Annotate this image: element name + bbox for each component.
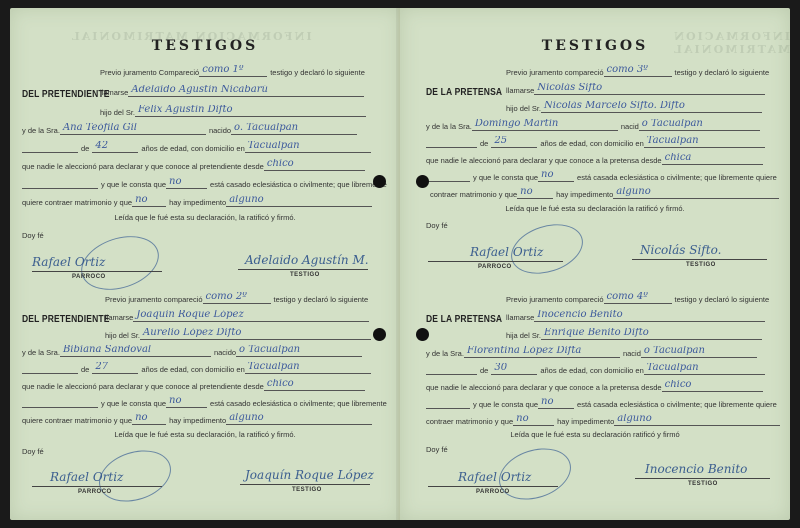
domicilio-field: Tacualpan [644, 136, 765, 148]
consta-text: y que le consta que [101, 180, 166, 189]
blank-field [22, 141, 78, 153]
hijo-line: hijo del Sr. Nicolás Marcelo Sifto. Dift… [506, 101, 762, 113]
edad-field: 27 [92, 362, 138, 374]
hijo-label: hijo del Sr. [105, 331, 140, 340]
testigo-signature: Joaquín Roque López [245, 468, 374, 482]
binder-hole [416, 328, 429, 341]
sra-line: y de la Sra. Florentina López Difta naci… [426, 346, 757, 358]
hijo-field: Aurelio López Difto [140, 328, 371, 340]
impedimento-text: hay impedimento [169, 198, 226, 207]
llamarse-field: Nicolás Sifto [534, 83, 765, 95]
previo-line: Previo juramento compareció como 4º test… [506, 292, 769, 304]
consta-text: y que le consta que [473, 173, 538, 182]
nadie-text: que nadie le aleccionó para declarar y q… [22, 382, 264, 391]
binder-hole [416, 175, 429, 188]
hijo-label: hija del Sr. [506, 331, 541, 340]
consta-line: y que le consta que no está casada ecles… [426, 397, 777, 409]
doy-fe: Doy fé [426, 445, 448, 454]
parroco-signature-line [428, 261, 563, 262]
sra-label: y de la Sra. [22, 348, 60, 357]
side-label: DE LA PRETENSA [426, 314, 502, 325]
previo-text: Previo juramento compareció [506, 68, 604, 77]
doy-fe: Doy fé [426, 221, 448, 230]
blank-field [426, 170, 470, 182]
llamarse-field: Adelaido Agustín Nicabarú [128, 85, 364, 97]
testigo-text: testigo y declaró lo siguiente [270, 68, 365, 77]
hay-field: no [513, 414, 554, 426]
sra-line: y de la Sra. Bibiana Sandoval nacido o T… [22, 345, 362, 357]
hijo-label: hijo del Sr. [100, 108, 135, 117]
right-page: INFORMACION MATRIMONIAL TESTIGOS DE LA P… [400, 8, 790, 520]
nacido-label: nacido [209, 126, 231, 135]
nadie-line: que nadie le aleccionó para declarar y q… [22, 159, 365, 171]
page-title: TESTIGOS [10, 38, 400, 54]
hijo-field: Felix Agustín Difto [135, 105, 366, 117]
blank-field [22, 177, 98, 189]
side-label: DEL PRETENDIENTE [22, 314, 110, 325]
sra-field: Ana Teófila Gil [60, 123, 206, 135]
impedimento-text: hay impedimento [169, 416, 226, 425]
testigo-signature-line [632, 259, 767, 260]
quiere-line: quiere contraer matrimonio y que no hay … [22, 413, 372, 425]
quiere-line: contraer matrimonio y que no hay impedim… [426, 414, 780, 426]
casado-text: está casado eclesiástica o civilmente; q… [210, 180, 387, 189]
parroco-signature: Rafael Ortiz [32, 255, 105, 269]
quiere-text: contraer matrimonio y que [430, 190, 517, 199]
nacido-field: o Tacualpan [236, 345, 362, 357]
sra-line: y de la Sra. Ana Teófila Gil nacido o. T… [22, 123, 357, 135]
leida-text: Leída que le fué esta su declaración, la… [10, 213, 400, 222]
consta-field: no [538, 397, 574, 409]
nadie-text: que nadie le aleccionó para declarar y q… [22, 162, 264, 171]
testigo-signature: Inocencio Benito [645, 462, 747, 476]
domicilio-field: Tacualpan [644, 363, 765, 375]
quiere-text: quiere contraer matrimonio y que [22, 416, 132, 425]
llamarse-field: Inocencio Benito [534, 310, 765, 322]
testigo-signature: Nicolás Sifto. [640, 243, 721, 257]
parroco-caption: PARROCO [478, 264, 512, 270]
comparecio-field: como 2º [203, 292, 271, 304]
edad-line: de 42 años de edad, con domicilio en Tac… [22, 141, 371, 153]
desde-field: chico [264, 379, 365, 391]
llamarse-label: llamarse [105, 313, 133, 322]
consta-line: y que le consta que no está casada ecles… [426, 170, 777, 182]
leida-text: Leída que le fué esta su declaración la … [400, 204, 790, 213]
parroco-signature: Rafael Ortiz [50, 470, 123, 484]
blank-field [22, 396, 98, 408]
page-title: TESTIGOS [400, 38, 790, 54]
edad-text: años de edad, con domicilio en [540, 366, 643, 375]
parroco-caption: PARROCO [78, 489, 112, 495]
nadie-line: que nadie le aleccionó para declarar y q… [22, 379, 365, 391]
nadie-text: que nadie le aleccionó para declarar y q… [426, 156, 662, 165]
hijo-field: Nicolás Marcelo Sifto. Difto [541, 101, 762, 113]
domicilio-field: Tacualpan [245, 141, 371, 153]
edad-line: de 25 años de edad, con domicilio en Tac… [426, 136, 765, 148]
parroco-signature: Rafael Ortiz [458, 470, 531, 484]
de-label: de [81, 365, 89, 374]
previo-text: Previo juramento Compareció [100, 68, 199, 77]
previo-line: Previo juramento compareció como 3º test… [506, 65, 769, 77]
sra-field: Domingo Martín [472, 119, 618, 131]
doy-fe: Doy fé [22, 231, 44, 240]
hijo-line: hijo del Sr. Aurelio López Difto [105, 328, 371, 340]
hijo-field: Enrique Benito Difto [541, 328, 762, 340]
desde-field: chica [662, 153, 763, 165]
de-label: de [480, 366, 488, 375]
quiere-line: quiere contraer matrimonio y que no hay … [22, 195, 372, 207]
testigo-text: testigo y declaró lo siguiente [274, 295, 369, 304]
nacido-label: nacid [623, 349, 641, 358]
domicilio-field: Tacualpan [245, 362, 371, 374]
consta-line: y que le consta que no está casado ecles… [22, 396, 387, 408]
blank-field [22, 362, 78, 374]
casado-text: está casada eclesiástica o civilmente; q… [577, 173, 777, 182]
binder-hole [373, 175, 386, 188]
parroco-caption: PARROCO [72, 274, 106, 280]
quiere-text: quiere contraer matrimonio y que [22, 198, 132, 207]
llamarse-line: llamarse Nicolás Sifto [506, 83, 765, 95]
testigo-caption: TESTIGO [686, 262, 716, 268]
llamarse-line: llamarse Joaquín Roque López [105, 310, 369, 322]
blank-field [426, 397, 470, 409]
de-label: de [480, 139, 488, 148]
hijo-label: hijo del Sr. [506, 104, 541, 113]
llamarse-label: llamarse [506, 86, 534, 95]
leida-text: Leída que le fué esta su declaración rat… [400, 430, 790, 439]
llamarse-line: llamarse Adelaido Agustín Nicabarú [100, 85, 364, 97]
llamarse-label: llamarse [506, 313, 534, 322]
nadie-line: que nadie le aleccionó para declarar y q… [426, 380, 763, 392]
sra-field: Florentina López Difta [464, 346, 620, 358]
previo-text: Previo juramento compareció [105, 295, 203, 304]
impedimento-text: hay impedimento [557, 417, 614, 426]
side-label: DE LA PRETENSA [426, 87, 502, 98]
de-label: de [81, 144, 89, 153]
casado-text: está casado eclesiástica o civilmente; q… [210, 399, 387, 408]
comparecio-field: como 3º [604, 65, 672, 77]
sra-label: y de la Sra. [426, 349, 464, 358]
hay-field: no [132, 195, 166, 207]
consta-field: no [538, 170, 574, 182]
edad-field: 25 [491, 136, 537, 148]
casado-text: está casada eclesiástica o civilmente; q… [577, 400, 777, 409]
blank-field [426, 363, 477, 375]
nadie-text: que nadie le aleccionó para declarar y q… [426, 383, 662, 392]
previo-text: Previo juramento compareció [506, 295, 604, 304]
parroco-signature: Rafael Ortiz [470, 245, 543, 259]
quiere-text: contraer matrimonio y que [426, 417, 513, 426]
side-label: DEL PRETENDIENTE [22, 89, 110, 100]
impedimento-field: alguno [614, 414, 780, 426]
previo-line: Previo juramento Compareció como 1º test… [100, 65, 365, 77]
testigo-signature-line [238, 269, 368, 270]
edad-field: 30 [491, 363, 537, 375]
llamarse-field: Joaquín Roque López [133, 310, 369, 322]
consta-line: y que le consta que no está casado ecles… [22, 177, 387, 189]
testigo-signature-line [240, 484, 370, 485]
impedimento-text: hay impedimento [556, 190, 613, 199]
testigo-caption: TESTIGO [292, 487, 322, 493]
sra-label: y de la Sra. [22, 126, 60, 135]
hijo-line: hija del Sr. Enrique Benito Difto [506, 328, 762, 340]
previo-line: Previo juramento compareció como 2º test… [105, 292, 368, 304]
testigo-caption: TESTIGO [688, 481, 718, 487]
edad-text: años de edad, con domicilio en [141, 144, 244, 153]
edad-field: 42 [92, 141, 138, 153]
llamarse-label: llamarse [100, 88, 128, 97]
desde-field: chico [264, 159, 365, 171]
nacido-field: o Tacualpan [641, 346, 757, 358]
edad-line: de 27 años de edad, con domicilio en Tac… [22, 362, 371, 374]
parroco-signature-line [428, 486, 558, 487]
impedimento-field: alguno [613, 187, 779, 199]
parroco-signature-line [32, 486, 162, 487]
hijo-line: hijo del Sr. Felix Agustín Difto [100, 105, 366, 117]
left-page: INFORMACION MATRIMONIAL TESTIGOS DEL PRE… [10, 8, 400, 520]
nacido-field: o Tacualpan [639, 119, 760, 131]
llamarse-line: llamarse Inocencio Benito [506, 310, 765, 322]
consta-text: y que le consta que [101, 399, 166, 408]
testigo-signature: Adelaido Agustín M. [245, 253, 369, 267]
comparecio-field: como 4º [604, 292, 672, 304]
nacido-label: nacid [621, 122, 639, 131]
testigo-text: testigo y declaró lo siguiente [675, 295, 770, 304]
doy-fe: Doy fé [22, 447, 44, 456]
comparecio-field: como 1º [199, 65, 267, 77]
nadie-line: que nadie le aleccionó para declarar y q… [426, 153, 763, 165]
edad-text: años de edad, con domicilio en [141, 365, 244, 374]
parroco-caption: PARROCO [476, 489, 510, 495]
parroco-signature-line [32, 271, 162, 272]
sra-line: y de la la Sra. Domingo Martín nacid o T… [426, 119, 760, 131]
edad-line: de 30 años de edad, con domicilio en Tac… [426, 363, 765, 375]
binder-hole [373, 328, 386, 341]
sra-label: y de la la Sra. [426, 122, 472, 131]
quiere-line: contraer matrimonio y que no hay impedim… [430, 187, 779, 199]
sra-field: Bibiana Sandoval [60, 345, 211, 357]
testigo-caption: TESTIGO [290, 272, 320, 278]
hay-field: no [132, 413, 166, 425]
nacido-field: o. Tacualpan [231, 123, 357, 135]
hay-field: no [517, 187, 553, 199]
edad-text: años de edad, con domicilio en [540, 139, 643, 148]
testigo-text: testigo y declaró lo siguiente [675, 68, 770, 77]
testigo-signature-line [635, 478, 770, 479]
consta-field: no [166, 396, 207, 408]
impedimento-field: alguno [226, 413, 372, 425]
desde-field: chico [662, 380, 763, 392]
consta-text: y que le consta que [473, 400, 538, 409]
nacido-label: nacido [214, 348, 236, 357]
leida-text: Leída que le fué esta su declaración, la… [10, 430, 400, 439]
blank-field [426, 136, 477, 148]
impedimento-field: alguno [226, 195, 372, 207]
consta-field: no [166, 177, 207, 189]
